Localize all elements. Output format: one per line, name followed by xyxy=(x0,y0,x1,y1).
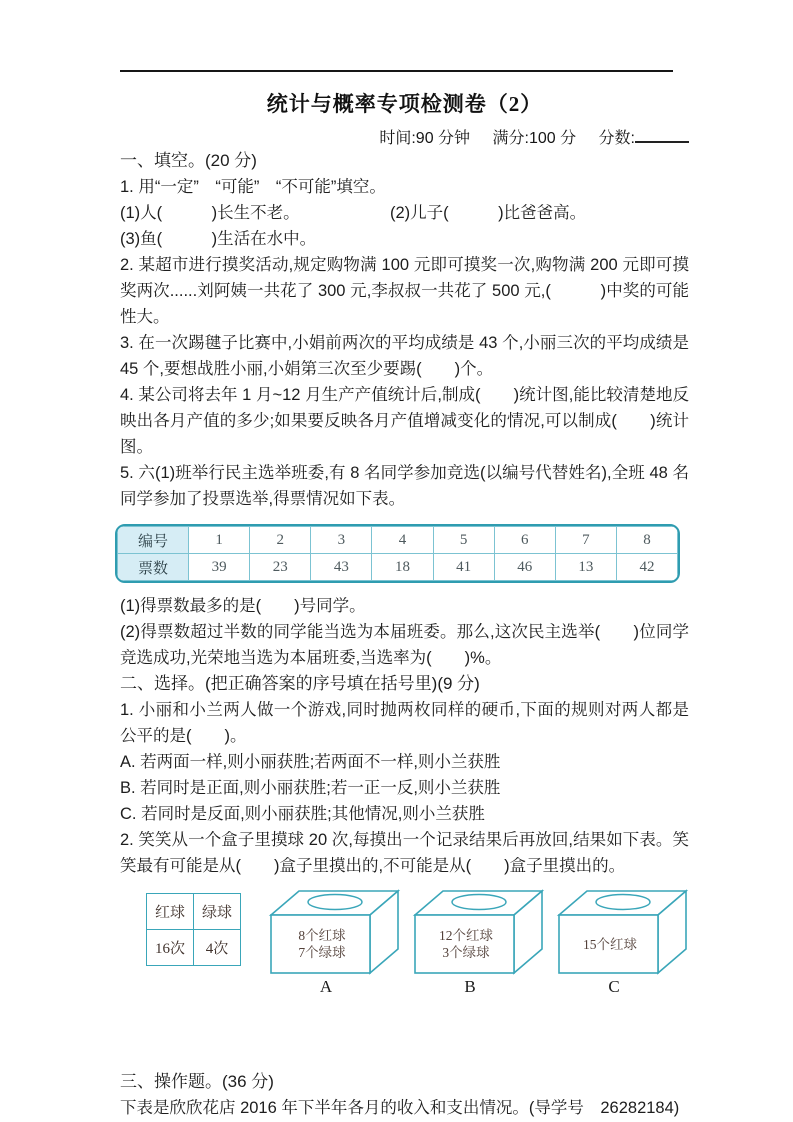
box-b-label: B xyxy=(411,977,529,997)
box-c-contents: 15个红球 xyxy=(559,917,661,971)
s1-q5: 5. 六(1)班举行民主选举班委,有 8 名同学参加竞选(以编号代替姓名),全班… xyxy=(120,460,689,512)
box-a-contents: 8个红球 7个绿球 xyxy=(271,917,373,971)
table-cell: 46 xyxy=(494,554,555,581)
table-cell: 3 xyxy=(311,527,372,554)
s1-q1-item2: (2)儿子( )比爸爸高。 xyxy=(390,200,586,226)
result-table-value-row: 16次 4次 xyxy=(147,930,241,966)
table-cell: 23 xyxy=(250,554,311,581)
table-cell: 16次 xyxy=(147,930,194,966)
box-a-line1: 8个红球 xyxy=(271,927,373,944)
score-label: 分数: xyxy=(599,130,635,147)
table-cell: 13 xyxy=(555,554,616,581)
s1-q1-stem: 1. 用“一定” “可能” “不可能”填空。 xyxy=(120,174,689,200)
box-group: 8个红球 7个绿球 A xyxy=(257,885,689,997)
s1-q5-sub2: (2)得票数超过半数的同学能当选为本届班委。那么,这次民主选举( )位同学竞选成… xyxy=(120,619,689,671)
s2-q1: 1. 小丽和小兰两人做一个游戏,同时抛两枚同样的硬币,下面的规则对两人都是公平的… xyxy=(120,697,689,749)
exam-meta-line: 时间:90 分钟 满分:100 分 分数: xyxy=(120,125,689,148)
exam-paper-page: 统计与概率专项检测卷（2） 时间:90 分钟 满分:100 分 分数: 一、填空… xyxy=(0,0,793,1122)
row-header-cell: 编号 xyxy=(118,527,189,554)
table-cell: 6 xyxy=(494,527,555,554)
box-a-label: A xyxy=(267,977,385,997)
box-c-label: C xyxy=(555,977,673,997)
row-header-cell: 票数 xyxy=(118,554,189,581)
box-b: 12个红球 3个绿球 B xyxy=(411,885,545,997)
box-c-line1: 15个红球 xyxy=(559,936,661,953)
result-table-header-row: 红球 绿球 xyxy=(147,894,241,930)
table-cell: 18 xyxy=(372,554,433,581)
box-3d-graphic: 12个红球 3个绿球 xyxy=(411,885,545,977)
table-cell: 1 xyxy=(189,527,250,554)
s1-q4: 4. 某公司将去年 1 月~12 月生产产值统计后,制成( )统计图,能比较清楚… xyxy=(120,382,689,460)
box-3d-graphic: 8个红球 7个绿球 xyxy=(267,885,401,977)
ball-boxes-figure: 红球 绿球 16次 4次 xyxy=(146,885,689,997)
s1-q1-item3: (3)鱼( )生活在水中。 xyxy=(120,226,689,252)
box-3d-graphic: 15个红球 xyxy=(555,885,689,977)
s1-q5-sub1: (1)得票数最多的是( )号同学。 xyxy=(120,593,689,619)
box-a-line2: 7个绿球 xyxy=(271,944,373,961)
table-cell: 8 xyxy=(616,527,677,554)
vote-table-number-row: 编号 1 2 3 4 5 6 7 8 xyxy=(118,527,678,554)
s1-q3: 3. 在一次踢毽子比赛中,小娟前两次的平均成绩是 43 个,小丽三次的平均成绩是… xyxy=(120,330,689,382)
box-b-line2: 3个绿球 xyxy=(415,944,517,961)
section2-heading: 二、选择。(把正确答案的序号填在括号里)(9 分) xyxy=(120,671,689,697)
box-c: 15个红球 C xyxy=(555,885,689,997)
top-divider-rule xyxy=(120,70,673,72)
box-b-contents: 12个红球 3个绿球 xyxy=(415,917,517,971)
table-cell: 4次 xyxy=(194,930,241,966)
table-cell: 5 xyxy=(433,527,494,554)
table-cell: 4 xyxy=(372,527,433,554)
s3-intro: 下表是欣欣花店 2016 年下半年各月的收入和支出情况。(导学号 2628218… xyxy=(120,1095,689,1121)
draw-result-table: 红球 绿球 16次 4次 xyxy=(146,893,241,966)
time-label: 时间:90 分钟 xyxy=(379,130,470,147)
score-blank-line xyxy=(635,127,689,143)
table-cell: 2 xyxy=(250,527,311,554)
vote-table-votes-row: 票数 39 23 43 18 41 46 13 42 xyxy=(118,554,678,581)
s1-q1-item1: (1)人( )长生不老。 xyxy=(120,200,390,226)
vote-table: 编号 1 2 3 4 5 6 7 8 票数 39 23 43 18 41 xyxy=(115,524,680,583)
page-title: 统计与概率专项检测卷（2） xyxy=(120,88,689,118)
s2-q1-option-a: A. 若两面一样,则小丽获胜;若两面不一样,则小兰获胜 xyxy=(120,749,689,775)
page-content: 统计与概率专项检测卷（2） 时间:90 分钟 满分:100 分 分数: 一、填空… xyxy=(0,70,793,1121)
table-cell: 39 xyxy=(189,554,250,581)
s2-q1-option-c: C. 若同时是反面,则小丽获胜;其他情况,则小兰获胜 xyxy=(120,801,689,827)
box-b-line1: 12个红球 xyxy=(415,927,517,944)
table-cell: 7 xyxy=(555,527,616,554)
full-score-label: 满分:100 分 xyxy=(493,130,577,147)
s2-q1-option-b: B. 若同时是正面,则小丽获胜;若一正一反,则小兰获胜 xyxy=(120,775,689,801)
table-cell: 红球 xyxy=(147,894,194,930)
blank-space xyxy=(120,997,689,1069)
s1-q1-row1: (1)人( )长生不老。 (2)儿子( )比爸爸高。 xyxy=(120,200,689,226)
table-cell: 43 xyxy=(311,554,372,581)
section3-heading: 三、操作题。(36 分) xyxy=(120,1069,689,1095)
table-cell: 41 xyxy=(433,554,494,581)
table-cell: 42 xyxy=(616,554,677,581)
section1-heading: 一、填空。(20 分) xyxy=(120,148,689,174)
box-a: 8个红球 7个绿球 A xyxy=(267,885,401,997)
s2-q2: 2. 笑笑从一个盒子里摸球 20 次,每摸出一个记录结果后再放回,结果如下表。笑… xyxy=(120,827,689,879)
s1-q2: 2. 某超市进行摸奖活动,规定购物满 100 元即可摸奖一次,购物满 200 元… xyxy=(120,252,689,330)
table-cell: 绿球 xyxy=(194,894,241,930)
